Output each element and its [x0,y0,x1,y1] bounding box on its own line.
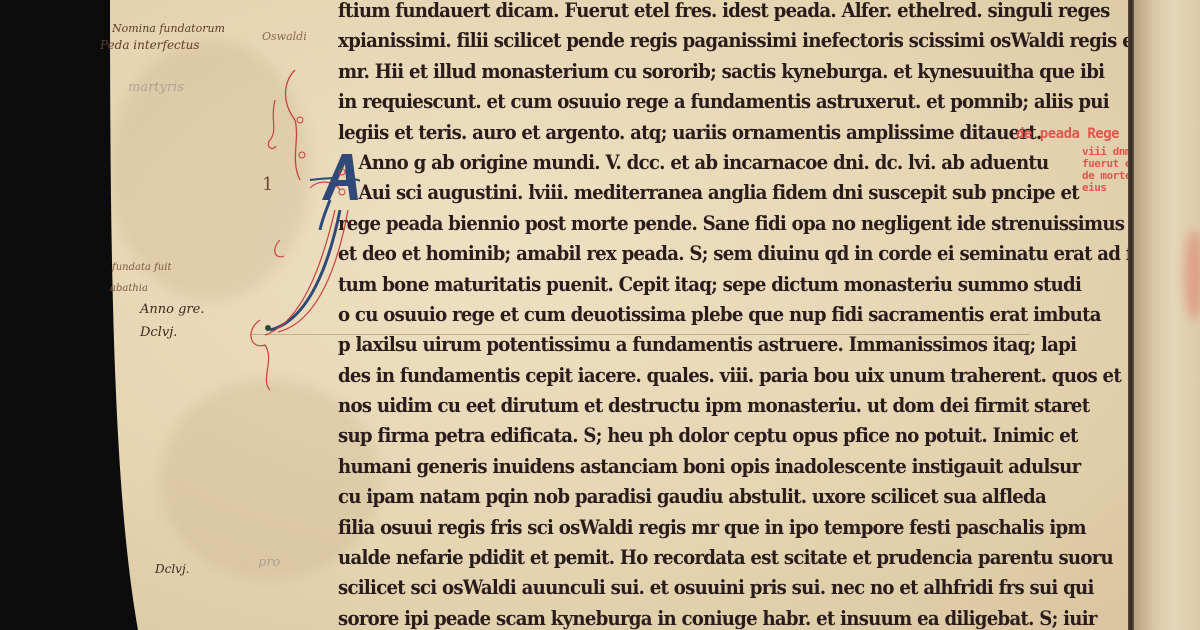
margin-note-names-founders: Nomina fundatorum [112,22,225,35]
text-line: Aui sci augustini. lviii. mediterranea a… [338,178,1026,208]
text-line: sorore ipi peade scam kyneburga in coniu… [338,604,1026,630]
main-text-column: ftium fundauert dicam. Fuerut etel fres.… [338,0,1078,630]
margin-note-dclvj-bottom: Dclvj. [155,562,190,576]
right-margin-rubric: de peada Rege viii dnm uel fuerut et de … [1082,128,1132,194]
text-line: scilicet sci osWaldi auunculi sui. et os… [338,573,1026,603]
text-line: o cu osuuio rege et cum deuotissima pleb… [338,300,1026,330]
margin-note-martyris-faint: martyris [128,80,184,95]
red-smear [1184,230,1200,320]
text-line: sup firma petra edificata. S; heu ph dol… [338,421,1026,451]
initial-flourish [240,60,360,400]
text-line: nos uidim cu eet dirutum et destructu ip… [338,391,1026,421]
text-line: mr. Hii et illud monasterium cu sororib;… [338,57,1026,87]
rubric-line: de peada Rege [1016,128,1119,140]
text-line: humani generis inuidens astanciam boni o… [338,452,1026,482]
decorated-initial-a [318,150,360,230]
margin-note-anno-gre: Anno gre. [140,302,204,317]
margin-note-fundata-fuit: fundata fuit [112,262,171,273]
text-line: des in fundamentis cepit iacere. quales.… [338,361,1026,391]
text-line: rege peada biennio post morte pende. San… [338,209,1026,239]
margin-note-dclvj: Dclvj. [140,325,177,340]
text-line: Anno g ab origine mundi. V. dcc. et ab i… [338,148,1026,178]
text-line: legiis et teris. auro et argento. atq; u… [338,118,1026,148]
text-line: et deo et hominib; amabil rex peada. S; … [338,239,1026,269]
text-line: tum bone maturitatis puenit. Cepit itaq;… [338,270,1026,300]
margin-note-pro-faint: pro [258,555,280,570]
margin-note-abathia: abathia [110,283,148,294]
text-line: cu ipam natam pqin nob paradisi gaudiu a… [338,482,1026,512]
text-line: xpianissimi. filii scilicet pende regis … [338,26,1026,56]
text-line: ualde nefarie pdidit et pemit. Ho record… [338,543,1026,573]
margin-note-oswaldi: Oswaldi [262,30,307,43]
margin-numeral-mark: 1 [262,174,273,195]
margin-note-peda: Peda interfectus [100,38,200,52]
text-line: in requiescunt. et cum osuuio rege a fun… [338,87,1026,117]
facing-page-edge [1134,0,1200,630]
rubric-line: eius [1082,182,1132,194]
text-line: p laxilsu uirum potentissimu a fundament… [338,330,1026,360]
text-line: ftium fundauert dicam. Fuerut etel fres.… [338,0,1026,26]
text-line: filia osuui regis fris sci osWaldi regis… [338,513,1026,543]
